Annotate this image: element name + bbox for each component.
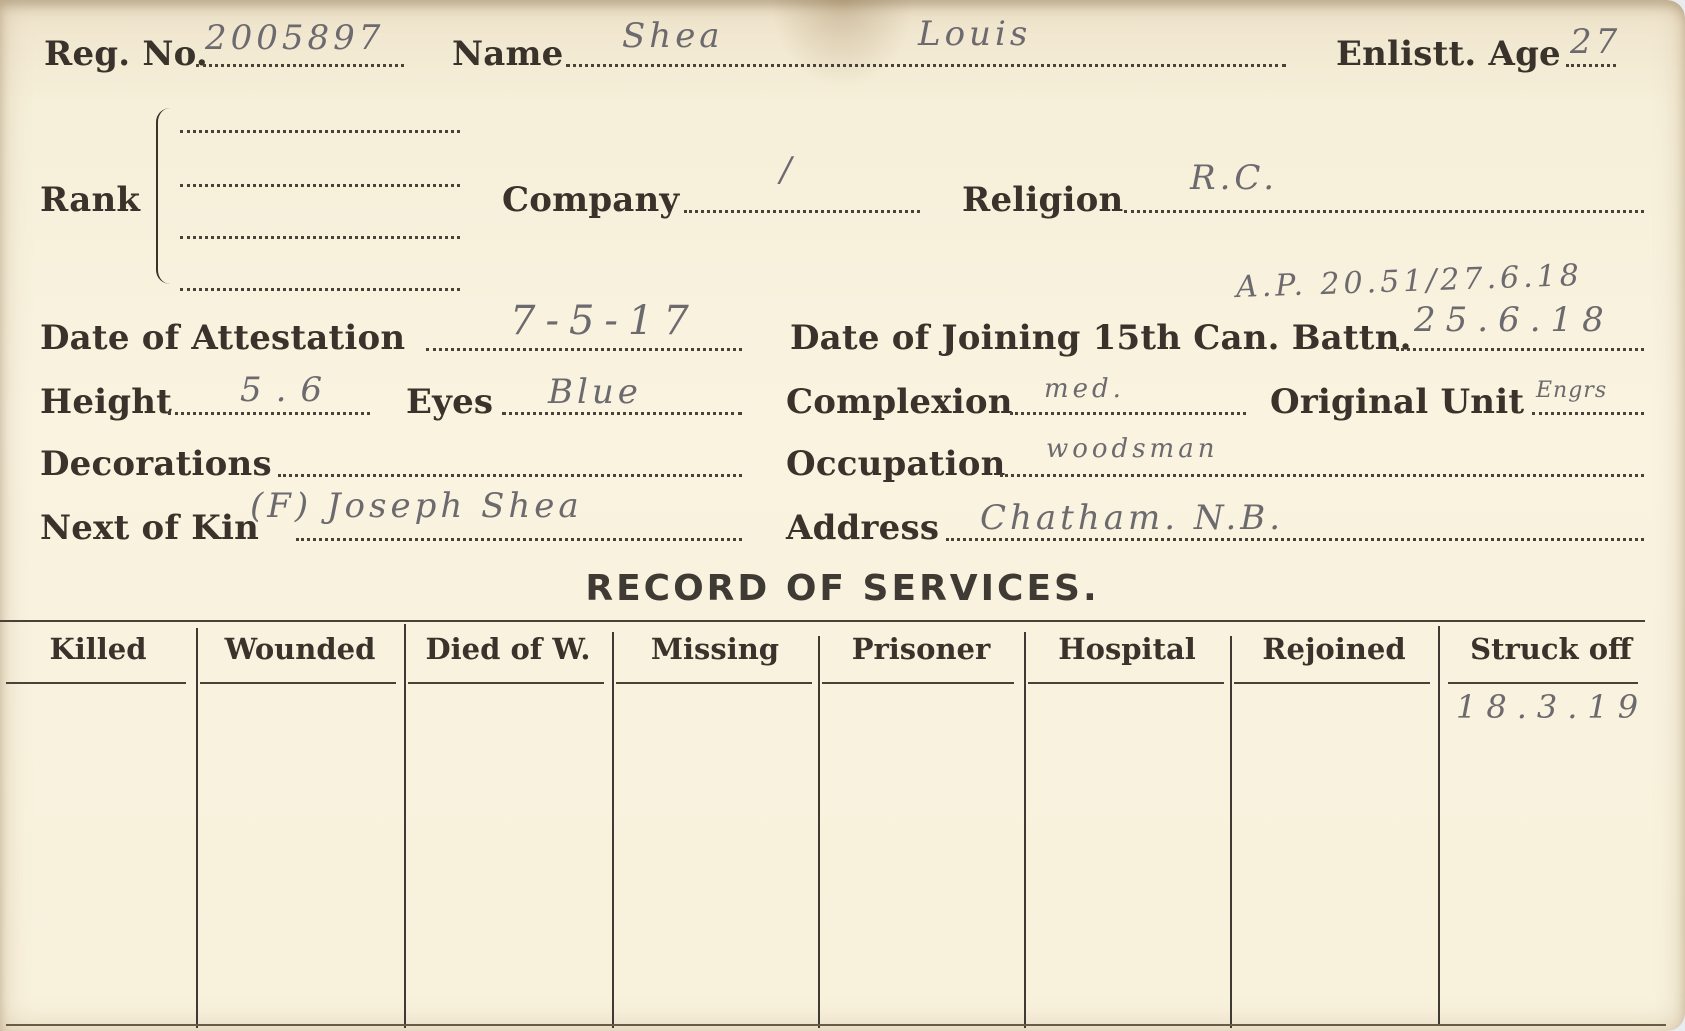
company-value: / <box>780 150 795 190</box>
eyes-line <box>502 412 742 415</box>
rank-line-4 <box>180 288 460 291</box>
column-header-rejoined: Rejoined <box>1230 632 1438 666</box>
date-joining-line <box>1396 348 1644 351</box>
address-value: Chatham. N.B. <box>980 498 1284 538</box>
surname-value: Shea <box>622 16 724 56</box>
date-attestation-label: Date of Attestation <box>40 318 405 358</box>
height-line <box>168 412 370 415</box>
next-of-kin-label: Next of Kin <box>40 508 259 548</box>
complexion-label: Complexion <box>786 382 1013 422</box>
column-header-prisoner: Prisoner <box>818 632 1024 666</box>
header-underline <box>1448 682 1638 684</box>
next-of-kin-line <box>296 538 742 541</box>
column-divider <box>404 624 406 1028</box>
reg-no-value: 2005897 <box>205 18 384 58</box>
reg-no-line <box>196 64 404 67</box>
original-unit-value: Engrs <box>1536 378 1607 403</box>
column-divider <box>818 636 820 1028</box>
eyes-label: Eyes <box>406 382 493 422</box>
enlist-age-value: 27 <box>1570 22 1621 62</box>
column-divider <box>196 628 198 1028</box>
record-of-services-title: RECORD OF SERVICES. <box>0 568 1685 609</box>
column-divider <box>612 632 614 1028</box>
rank-line-1 <box>180 130 460 133</box>
company-line <box>684 210 920 213</box>
column-header-wounded: Wounded <box>196 632 404 666</box>
header-underline <box>1234 682 1430 684</box>
address-label: Address <box>786 508 939 548</box>
date-joining-annotation: A.P. 20.51/27.6.18 <box>1235 258 1583 305</box>
header-underline <box>822 682 1014 684</box>
header-underline <box>200 682 396 684</box>
height-value: 5.6 <box>240 370 336 410</box>
occupation-line <box>1000 474 1644 477</box>
column-header-struck-off: Struck off <box>1438 632 1664 666</box>
date-attestation-value: 7-5-17 <box>510 298 699 344</box>
religion-line <box>1124 210 1644 213</box>
attestation-card: Reg. No. 2005897 Name Shea Louis Enlistt… <box>0 0 1685 1031</box>
column-divider <box>1230 636 1232 1028</box>
rank-label: Rank <box>40 180 140 220</box>
occupation-value: woodsman <box>1046 434 1218 464</box>
header-underline <box>1028 682 1224 684</box>
rank-brace <box>156 108 172 284</box>
column-divider <box>1438 626 1440 1026</box>
complexion-line <box>1010 412 1246 415</box>
address-line <box>946 538 1644 541</box>
decorations-label: Decorations <box>40 444 272 484</box>
original-unit-label: Original Unit <box>1270 382 1524 422</box>
decorations-line <box>278 474 742 477</box>
rank-line-2 <box>180 184 460 187</box>
complexion-value: med. <box>1044 374 1125 404</box>
card-bottom-edge <box>6 1024 1666 1026</box>
religion-value: R.C. <box>1190 158 1278 198</box>
table-top-rule <box>0 620 1645 622</box>
religion-label: Religion <box>962 180 1123 220</box>
column-header-died-of-wounds: Died of W. <box>404 632 612 666</box>
struck-off-value: 18.3.19 <box>1456 688 1648 726</box>
date-attestation-line <box>426 348 742 351</box>
reg-no-label: Reg. No. <box>44 34 208 74</box>
height-label: Height <box>40 382 172 422</box>
enlist-age-line <box>1566 64 1616 67</box>
enlist-age-label: Enlistt. Age <box>1336 34 1561 74</box>
rank-line-3 <box>180 236 460 239</box>
company-label: Company <box>502 180 679 220</box>
eyes-value: Blue <box>548 372 642 412</box>
next-of-kin-value: (F) Joseph Shea <box>250 486 583 526</box>
original-unit-line <box>1532 412 1644 415</box>
column-header-killed: Killed <box>0 632 196 666</box>
header-underline <box>616 682 812 684</box>
name-line <box>566 64 1286 67</box>
date-joining-value: 25.6.18 <box>1414 300 1614 340</box>
header-underline <box>6 682 186 684</box>
name-label: Name <box>452 34 564 74</box>
occupation-label: Occupation <box>786 444 1006 484</box>
column-header-hospital: Hospital <box>1024 632 1230 666</box>
header-underline <box>408 682 604 684</box>
column-divider <box>1024 632 1026 1028</box>
column-header-missing: Missing <box>612 632 818 666</box>
given-name-value: Louis <box>918 14 1031 54</box>
date-joining-label: Date of Joining 15th Can. Battn. <box>790 318 1412 358</box>
